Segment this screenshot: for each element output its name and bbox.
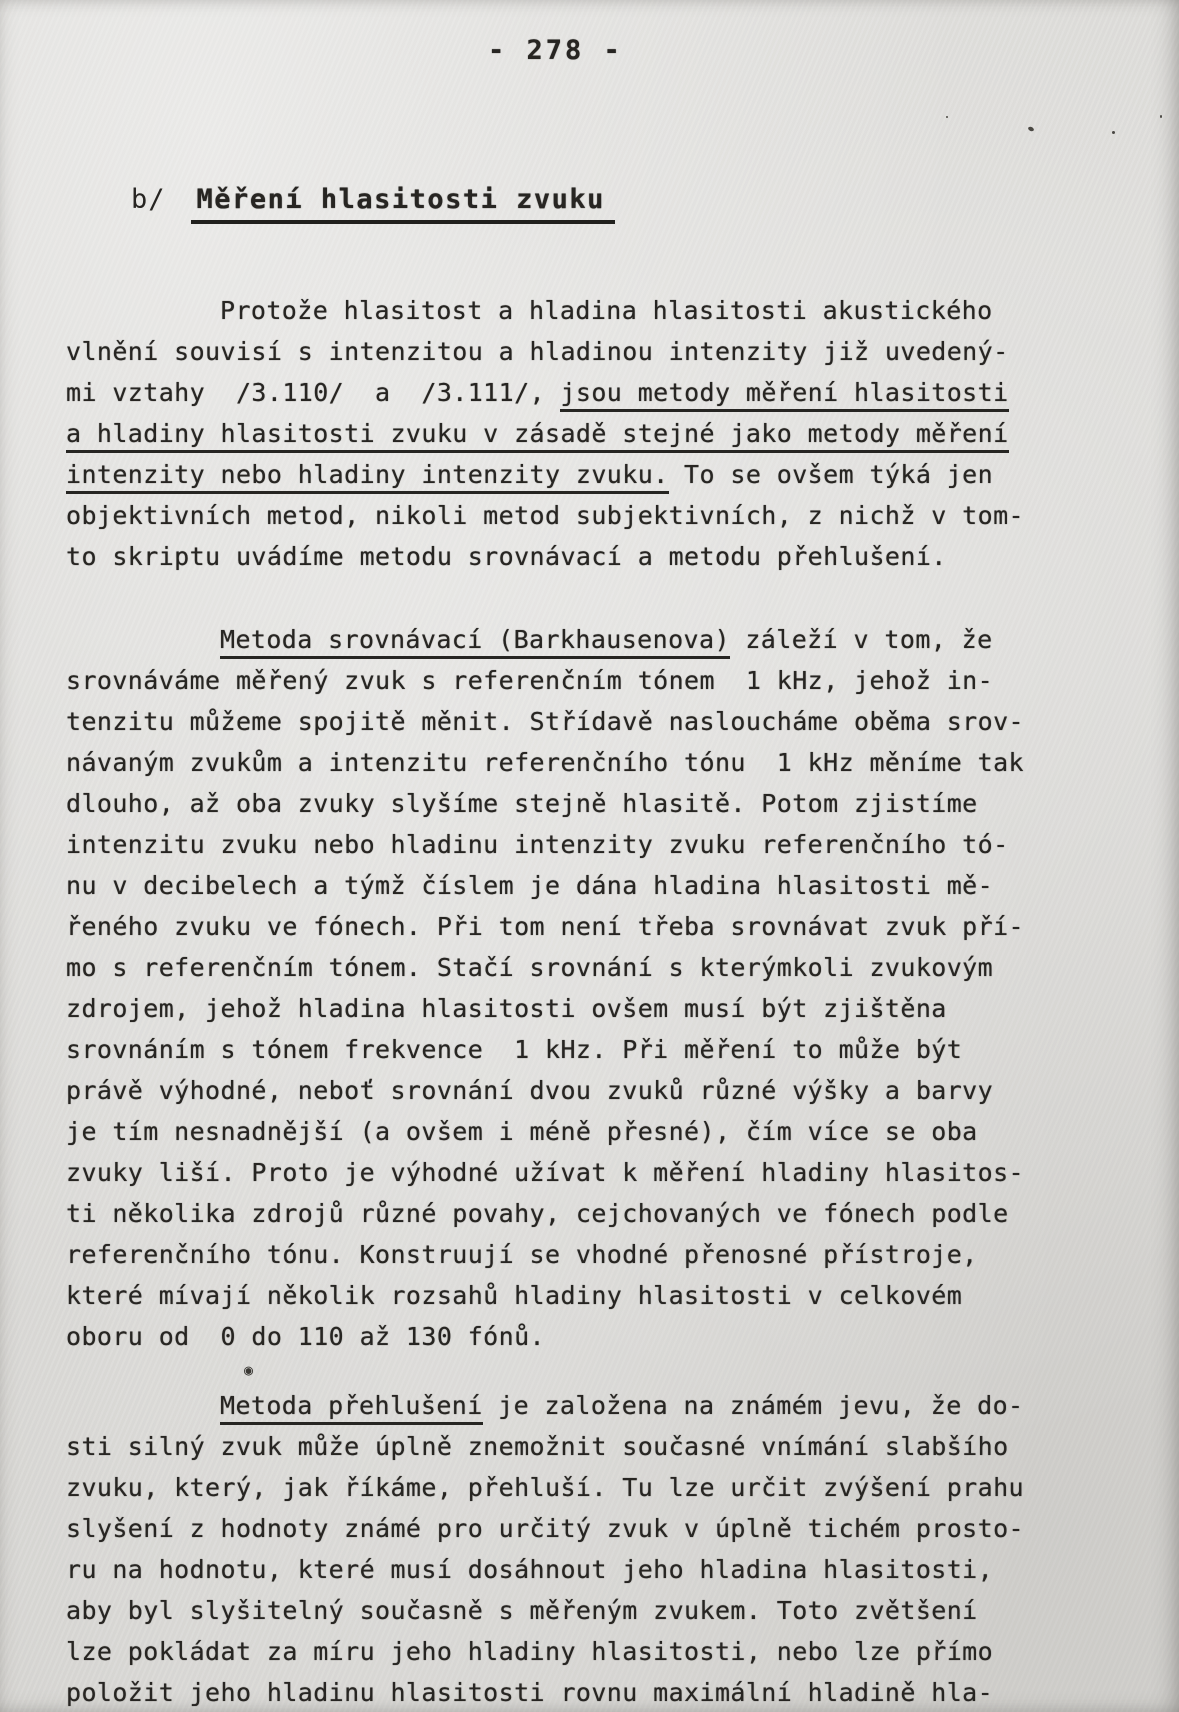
text-segment: To se ovšem týká jen: [669, 460, 993, 489]
text-line: oboru od 0 do 110 až 130 fónů.: [66, 1316, 1119, 1357]
text-segment: vlnění souvisí s intenzitou a hladinou i…: [66, 337, 1009, 366]
text-line: návaným zvukům a intenzitu referenčního …: [66, 742, 1119, 783]
paragraph-masking-method: Metoda přehlušení je založena na známém …: [66, 1385, 1119, 1712]
text-line: to skriptu uvádíme metodu srovnávací a m…: [66, 536, 1119, 577]
underlined-text: jsou metody měření hlasitosti: [560, 378, 1008, 412]
document-page: - 278 - b/Měření hlasitosti zvuku Protož…: [0, 0, 1179, 1712]
text-segment: zdrojem, jehož hladina hlasitosti ovšem …: [66, 994, 947, 1023]
text-segment: zvuky liší. Proto je výhodné užívat k mě…: [66, 1158, 1024, 1187]
text-segment: Protože hlasitost a hladina hlasitosti a…: [220, 296, 993, 325]
text-segment: srovnáváme měřený zvuk s referenčním tón…: [66, 666, 993, 695]
underlined-text: Metoda srovnávací (Barkhausenova): [220, 625, 730, 659]
text-segment: zvuku, který, jak říkáme, přehluší. Tu l…: [66, 1473, 1024, 1502]
text-line: srovnáním s tónem frekvence 1 kHz. Při m…: [66, 1029, 1119, 1070]
text-segment: právě výhodné, neboť srovnání dvou zvuků…: [66, 1076, 993, 1105]
paper-speck: [1027, 126, 1034, 132]
paragraph-comparison-method: Metoda srovnávací (Barkhausenova) záleží…: [66, 619, 1119, 1357]
text-segment: tenzitu můžeme spojitě měnit. Střídavě n…: [66, 707, 1024, 736]
section-heading: b/Měření hlasitosti zvuku: [66, 152, 1179, 256]
text-segment: návaným zvukům a intenzitu referenčního …: [66, 748, 1024, 777]
text-line: Metoda srovnávací (Barkhausenova) záleží…: [66, 619, 1119, 660]
paper-speck: [1160, 115, 1162, 118]
text-line: mi vztahy /3.110/ a /3.111/, jsou metody…: [66, 372, 1119, 413]
text-segment: které mívají několik rozsahů hladiny hla…: [66, 1281, 962, 1310]
text-line: dlouho, až oba zvuky slyšíme stejně hlas…: [66, 783, 1119, 824]
annotation-mark: ◉: [244, 1359, 1119, 1381]
text-line: objektivních metod, nikoli metod subjekt…: [66, 495, 1119, 536]
text-segment: srovnáním s tónem frekvence 1 kHz. Při m…: [66, 1035, 962, 1064]
section-label: b/: [131, 184, 166, 215]
text-line: referenčního tónu. Konstruují se vhodné …: [66, 1234, 1119, 1275]
paper-speck: [946, 116, 948, 118]
text-line: sti silný zvuk může úplně znemožnit souč…: [66, 1426, 1119, 1467]
paragraph-intro: Protože hlasitost a hladina hlasitosti a…: [66, 290, 1119, 577]
text-line: tenzitu můžeme spojitě měnit. Střídavě n…: [66, 701, 1119, 742]
text-segment: je založena na známém jevu, že do-: [483, 1391, 1024, 1420]
text-line: nu v decibelech a týmž číslem je dána hl…: [66, 865, 1119, 906]
text-line: Protože hlasitost a hladina hlasitosti a…: [66, 290, 1119, 331]
text-segment: mi vztahy /3.110/ a /3.111/,: [66, 378, 560, 407]
text-segment: položit jeho hladinu hlasitosti rovnu ma…: [66, 1678, 993, 1707]
text-line: slyšení z hodnoty známé pro určitý zvuk …: [66, 1508, 1119, 1549]
text-segment: intenzitu zvuku nebo hladinu intenzity z…: [66, 830, 1009, 859]
text-segment: ti několika zdrojů různé povahy, cejchov…: [66, 1199, 1009, 1228]
text-line: intenzity nebo hladiny intenzity zvuku. …: [66, 454, 1119, 495]
text-line: ru na hodnotu, které musí dosáhnout jeho…: [66, 1549, 1119, 1590]
text-line: řeného zvuku ve fónech. Při tom není tře…: [66, 906, 1119, 947]
text-segment: mo s referenčním tónem. Stačí srovnání s…: [66, 953, 993, 982]
text-line: právě výhodné, neboť srovnání dvou zvuků…: [66, 1070, 1119, 1111]
text-segment: sti silný zvuk může úplně znemožnit souč…: [66, 1432, 1009, 1461]
text-segment: nu v decibelech a týmž číslem je dána hl…: [66, 871, 993, 900]
text-segment: lze pokládat za míru jeho hladiny hlasit…: [66, 1637, 993, 1666]
text-line: které mívají několik rozsahů hladiny hla…: [66, 1275, 1119, 1316]
text-line: zvuky liší. Proto je výhodné užívat k mě…: [66, 1152, 1119, 1193]
text-segment: objektivních metod, nikoli metod subjekt…: [66, 501, 1024, 530]
text-segment: slyšení z hodnoty známé pro určitý zvuk …: [66, 1514, 1024, 1543]
text-segment: referenčního tónu. Konstruují se vhodné …: [66, 1240, 978, 1269]
text-line: je tím nesnadnější (a ovšem i méně přesn…: [66, 1111, 1119, 1152]
text-line: položit jeho hladinu hlasitosti rovnu ma…: [66, 1672, 1119, 1712]
underlined-text: a hladiny hlasitosti zvuku v zásadě stej…: [66, 419, 1009, 453]
text-line: a hladiny hlasitosti zvuku v zásadě stej…: [66, 413, 1119, 454]
text-line: intenzitu zvuku nebo hladinu intenzity z…: [66, 824, 1119, 865]
text-line: lze pokládat za míru jeho hladiny hlasit…: [66, 1631, 1119, 1672]
page-number: - 278 -: [488, 36, 623, 66]
paper-speck: [1112, 131, 1115, 134]
text-line: Metoda přehlušení je založena na známém …: [66, 1385, 1119, 1426]
text-segment: ru na hodnotu, které musí dosáhnout jeho…: [66, 1555, 993, 1584]
section-title: Měření hlasitosti zvuku: [191, 184, 615, 224]
text-segment: to skriptu uvádíme metodu srovnávací a m…: [66, 542, 947, 571]
text-line: aby byl slyšitelný současně s měřeným zv…: [66, 1590, 1119, 1631]
text-line: mo s referenčním tónem. Stačí srovnání s…: [66, 947, 1119, 988]
text-line: ti několika zdrojů různé povahy, cejchov…: [66, 1193, 1119, 1234]
body-text: Protože hlasitost a hladina hlasitosti a…: [66, 290, 1119, 1712]
text-segment: je tím nesnadnější (a ovšem i méně přesn…: [66, 1117, 978, 1146]
underlined-text: intenzity nebo hladiny intenzity zvuku.: [66, 460, 669, 494]
underlined-text: Metoda přehlušení: [220, 1391, 483, 1425]
text-line: vlnění souvisí s intenzitou a hladinou i…: [66, 331, 1119, 372]
text-line: zdrojem, jehož hladina hlasitosti ovšem …: [66, 988, 1119, 1029]
text-segment: řeného zvuku ve fónech. Při tom není tře…: [66, 912, 1024, 941]
text-line: srovnáváme měřený zvuk s referenčním tón…: [66, 660, 1119, 701]
text-segment: záleží v tom, že: [730, 625, 993, 654]
text-segment: dlouho, až oba zvuky slyšíme stejně hlas…: [66, 789, 978, 818]
text-segment: aby byl slyšitelný současně s měřeným zv…: [66, 1596, 978, 1625]
text-line: zvuku, který, jak říkáme, přehluší. Tu l…: [66, 1467, 1119, 1508]
text-segment: oboru od 0 do 110 až 130 fónů.: [66, 1322, 545, 1351]
